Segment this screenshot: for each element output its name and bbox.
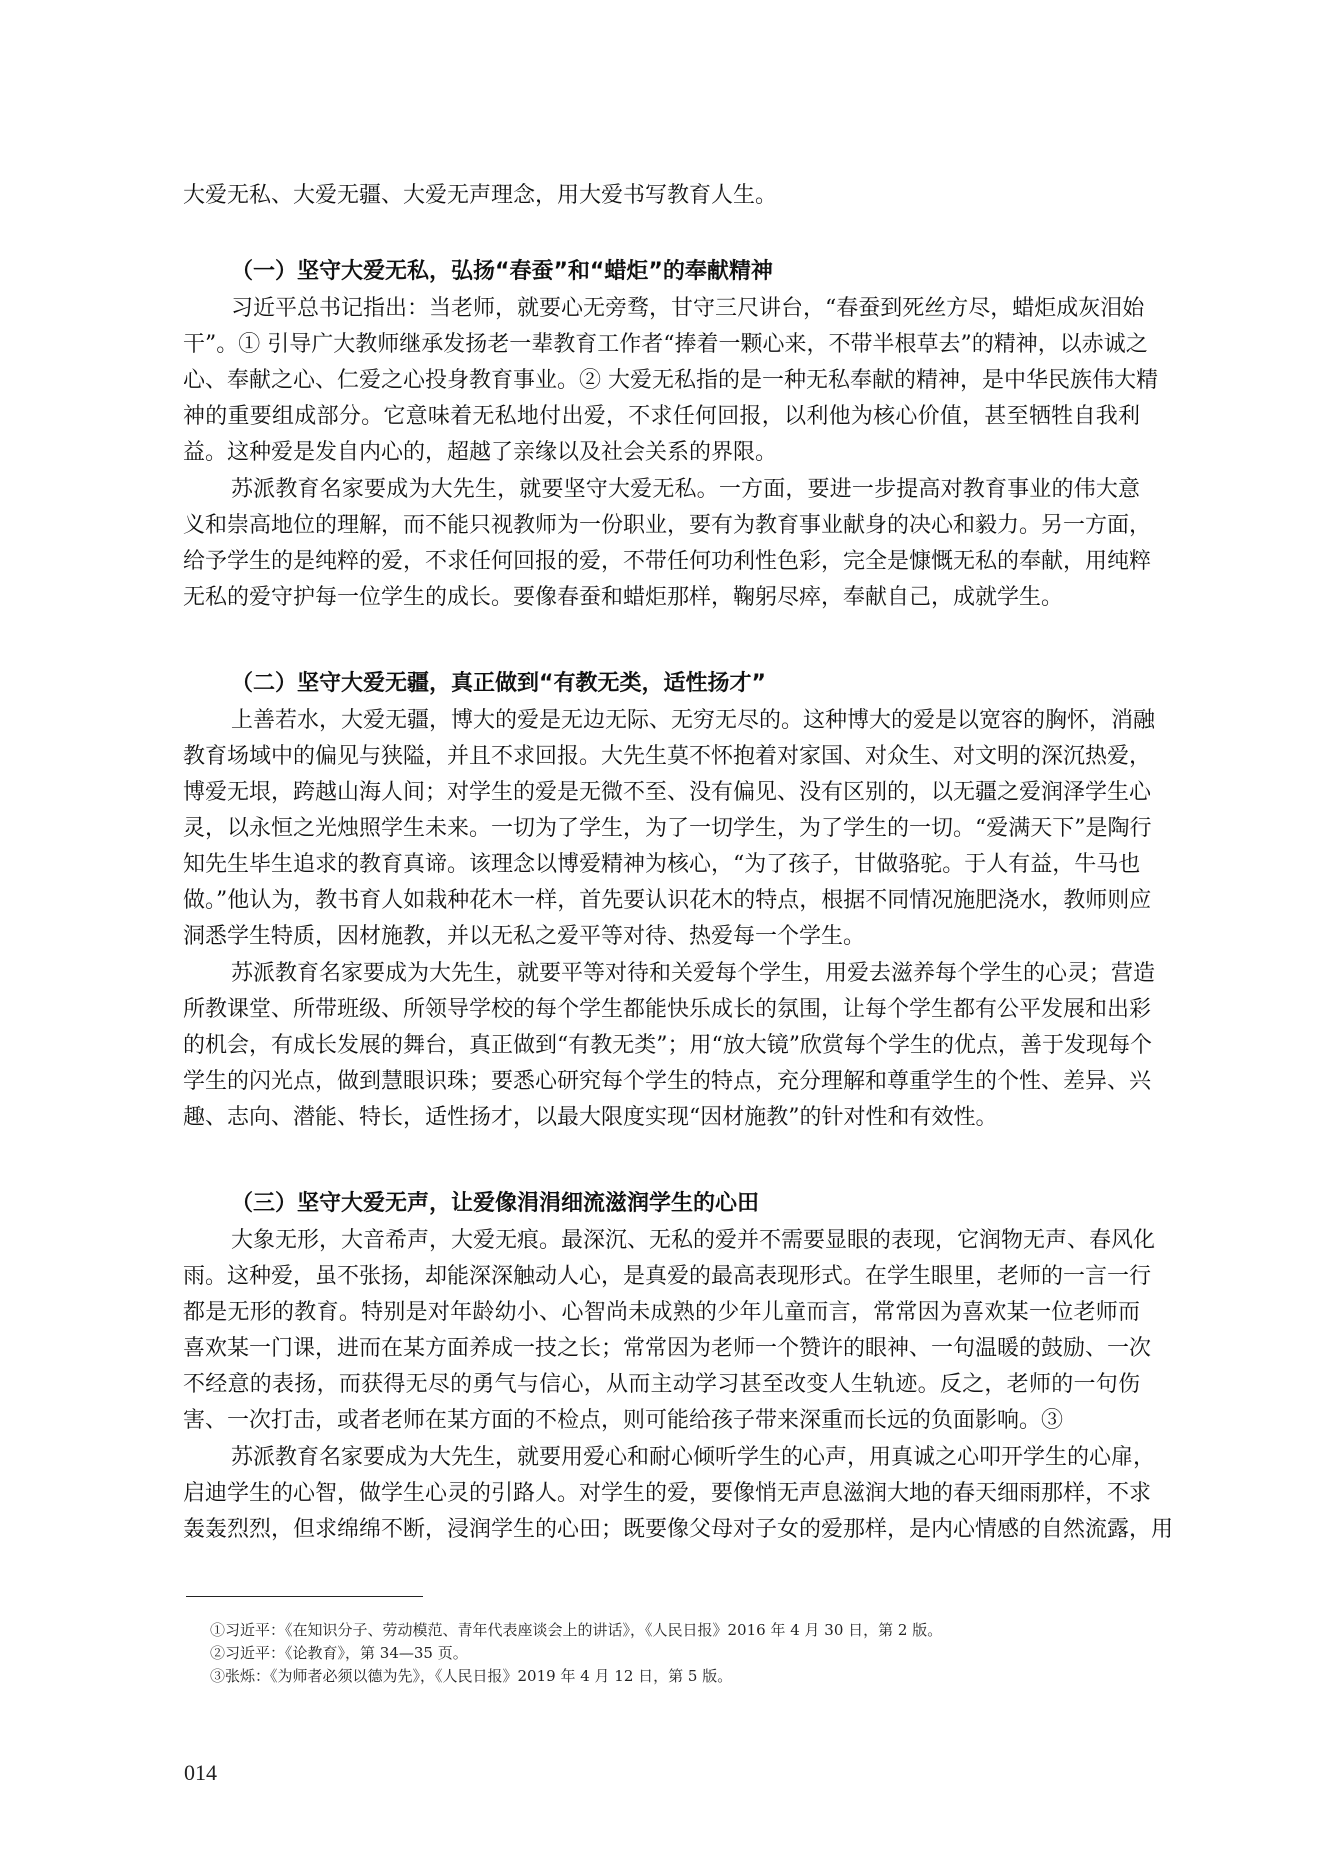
footnote-1: ①习近平：《在知识分子、劳动模范、青年代表座谈会上的讲话》，《人民日报》2016… xyxy=(210,1619,942,1641)
text-line: 博爱无垠，跨越山海人间；对学生的爱是无微不至、没有偏见、没有区别的，以无疆之爱润… xyxy=(183,775,1140,811)
text-line: 不经意的表扬，而获得无尽的勇气与信心，从而主动学习甚至改变人生轨迹。反之，老师的… xyxy=(183,1367,1140,1403)
page-number: 014 xyxy=(184,1760,217,1786)
section-heading-2: （二）坚守大爱无疆，真正做到“有教无类，适性扬才” xyxy=(231,666,766,702)
text-line: 趣、志向、潜能、特长，适性扬才，以最大限度实现“因材施教”的针对性和有效性。 xyxy=(183,1100,1140,1136)
text-line: 知先生毕生追求的教育真谛。该理念以博爱精神为核心，“为了孩子，甘做骆驼。于人有益… xyxy=(183,847,1140,883)
footnote-divider xyxy=(186,1596,423,1597)
text-line: 都是无形的教育。特别是对年龄幼小、心智尚未成熟的少年儿童而言，常常因为喜欢某一位… xyxy=(183,1295,1140,1331)
text-line: 苏派教育名家要成为大先生，就要平等对待和关爱每个学生，用爱去滋养每个学生的心灵；… xyxy=(231,956,1140,992)
text-line: 轰轰烈烈，但求绵绵不断，浸润学生的心田；既要像父母对子女的爱那样，是内心情感的自… xyxy=(183,1512,1140,1548)
text-line: 所教课堂、所带班级、所领导学校的每个学生都能快乐成长的氛围，让每个学生都有公平发… xyxy=(183,992,1140,1028)
footnote-3: ③张烁：《为师者必须以德为先》，《人民日报》2019 年 4 月 12 日，第 … xyxy=(210,1665,732,1687)
text-line: 益。这种爱是发自内心的，超越了亲缘以及社会关系的界限。 xyxy=(183,435,1140,471)
intro-line: 大爱无私、大爱无疆、大爱无声理念，用大爱书写教育人生。 xyxy=(183,178,1140,214)
text-line: 启迪学生的心智，做学生心灵的引路人。对学生的爱，要像悄无声息滋润大地的春天细雨那… xyxy=(183,1476,1140,1512)
text-line: 苏派教育名家要成为大先生，就要坚守大爱无私。一方面，要进一步提高对教育事业的伟大… xyxy=(231,472,1140,508)
text-line: 教育场域中的偏见与狭隘，并且不求回报。大先生莫不怀抱着对家国、对众生、对文明的深… xyxy=(183,739,1140,775)
text-line: 的机会，有成长发展的舞台，真正做到“有教无类”；用“放大镜”欣赏每个学生的优点，… xyxy=(183,1028,1140,1064)
text-line: 害、一次打击，或者老师在某方面的不检点，则可能给孩子带来深重而长远的负面影响。③ xyxy=(183,1403,1140,1439)
text-line: 雨。这种爱，虽不张扬，却能深深触动人心，是真爱的最高表现形式。在学生眼里，老师的… xyxy=(183,1259,1140,1295)
text-line: 学生的闪光点，做到慧眼识珠；要悉心研究每个学生的特点，充分理解和尊重学生的个性、… xyxy=(183,1064,1140,1100)
section-heading-1: （一）坚守大爱无私，弘扬“春蚕”和“蜡炬”的奉献精神 xyxy=(231,254,773,290)
footnote-2: ②习近平：《论教育》，第 34—35 页。 xyxy=(210,1642,468,1664)
text-line: 上善若水，大爱无疆，博大的爱是无边无际、无穷无尽的。这种博大的爱是以宽容的胸怀，… xyxy=(231,703,1140,739)
text-line: 做。”他认为，教书育人如栽种花木一样，首先要认识花木的特点，根据不同情况施肥浇水… xyxy=(183,883,1140,919)
text-line: 苏派教育名家要成为大先生，就要用爱心和耐心倾听学生的心声，用真诚之心叩开学生的心… xyxy=(231,1440,1140,1476)
text-line: 大象无形，大音希声，大爱无痕。最深沉、无私的爱并不需要显眼的表现，它润物无声、春… xyxy=(231,1223,1140,1259)
text-line: 灵，以永恒之光烛照学生未来。一切为了学生，为了一切学生，为了学生的一切。“爱满天… xyxy=(183,811,1140,847)
text-line: 无私的爱守护每一位学生的成长。要像春蚕和蜡炬那样，鞠躬尽瘁，奉献自己，成就学生。 xyxy=(183,580,1140,616)
text-line: 干”。① 引导广大教师继承发扬老一辈教育工作者“捧着一颗心来，不带半根草去”的精… xyxy=(183,327,1140,363)
text-line: 神的重要组成部分。它意味着无私地付出爱，不求任何回报，以利他为核心价值，甚至牺牲… xyxy=(183,399,1140,435)
text-line: 洞悉学生特质，因材施教，并以无私之爱平等对待、热爱每一个学生。 xyxy=(183,919,1140,955)
text-line: 心、奉献之心、仁爱之心投身教育事业。② 大爱无私指的是一种无私奉献的精神，是中华… xyxy=(183,363,1140,399)
text-line: 习近平总书记指出：当老师，就要心无旁骛，甘守三尺讲台，“春蚕到死丝方尽，蜡炬成灰… xyxy=(231,291,1140,327)
text-line: 义和崇高地位的理解，而不能只视教师为一份职业，要有为教育事业献身的决心和毅力。另… xyxy=(183,508,1140,544)
text-line: 给予学生的是纯粹的爱，不求任何回报的爱，不带任何功利性色彩，完全是慷慨无私的奉献… xyxy=(183,544,1140,580)
text-line: 喜欢某一门课，进而在某方面养成一技之长；常常因为老师一个赞许的眼神、一句温暖的鼓… xyxy=(183,1331,1140,1367)
section-heading-3: （三）坚守大爱无声，让爱像涓涓细流滋润学生的心田 xyxy=(231,1186,759,1222)
